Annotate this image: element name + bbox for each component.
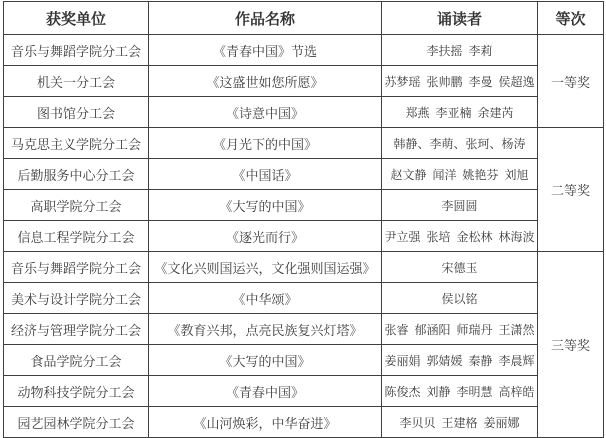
unit-cell: 园艺园林学院分工会 [4,407,149,438]
work-title-cell: 《青春中国》 [149,376,382,407]
work-title-cell: 《大写的中国》 [149,345,382,376]
header-work-title: 作品名称 [149,2,382,35]
table-row: 园艺园林学院分工会 《山河焕彩，中华奋进》 李贝贝 王建格 姜丽娜 [4,407,604,438]
reciters-cell: 陈俊杰 刘静 李明慧 高梓皓 [382,376,538,407]
table-row: 美术与设计学院分工会 《中华颂》 侯以铭 [4,283,604,314]
unit-cell: 高职学院分工会 [4,190,149,221]
work-title-cell: 《青春中国》节选 [149,35,382,66]
reciters-cell: 宋德玉 [382,252,538,283]
reciters-cell: 郑燕 李亚楠 余建芮 [382,97,538,128]
reciters-cell: 李贝贝 王建格 姜丽娜 [382,407,538,438]
unit-cell: 动物科技学院分工会 [4,376,149,407]
unit-cell: 图书馆分工会 [4,97,149,128]
table-row: 机关一分工会 《这盛世如您所愿》 苏梦瑶 张帅鹏 李曼 侯超逸 [4,66,604,97]
table-row: 音乐与舞蹈学院分工会 《文化兴则国运兴，文化强则国运强》 宋德玉 三等奖 [4,252,604,283]
work-title-cell: 《月光下的中国》 [149,128,382,159]
table-row: 动物科技学院分工会 《青春中国》 陈俊杰 刘静 李明慧 高梓皓 [4,376,604,407]
award-list-page: 获奖单位 作品名称 诵读者 等次 音乐与舞蹈学院分工会 《青春中国》节选 李扶摇… [0,0,606,436]
table-row: 图书馆分工会 《诗意中国》 郑燕 李亚楠 余建芮 [4,97,604,128]
unit-cell: 经济与管理学院分工会 [4,314,149,345]
reciters-cell: 侯以铭 [382,283,538,314]
rank-cell-third-prize: 三等奖 [538,252,604,438]
reciters-cell: 赵文静 闻洋 姚艳芬 刘旭 [382,159,538,190]
header-rank: 等次 [538,2,604,35]
reciters-cell: 姜丽娟 郭婧媛 秦静 李晨辉 [382,345,538,376]
rank-cell-second-prize: 二等奖 [538,128,604,252]
rank-cell-first-prize: 一等奖 [538,35,604,128]
table-row: 马克思主义学院分工会 《月光下的中国》 韩静、李萌、张珂、杨涛 二等奖 [4,128,604,159]
table-row: 音乐与舞蹈学院分工会 《青春中国》节选 李扶摇 李莉 一等奖 [4,35,604,66]
table-row: 食品学院分工会 《大写的中国》 姜丽娟 郭婧媛 秦静 李晨辉 [4,345,604,376]
work-title-cell: 《中华颂》 [149,283,382,314]
header-reciters: 诵读者 [382,2,538,35]
work-title-cell: 《山河焕彩，中华奋进》 [149,407,382,438]
unit-cell: 音乐与舞蹈学院分工会 [4,252,149,283]
unit-cell: 马克思主义学院分工会 [4,128,149,159]
work-title-cell: 《中国话》 [149,159,382,190]
work-title-cell: 《逐光而行》 [149,221,382,252]
unit-cell: 机关一分工会 [4,66,149,97]
table-row: 后勤服务中心分工会 《中国话》 赵文静 闻洋 姚艳芬 刘旭 [4,159,604,190]
work-title-cell: 《大写的中国》 [149,190,382,221]
reciters-cell: 李圆圆 [382,190,538,221]
unit-cell: 美术与设计学院分工会 [4,283,149,314]
work-title-cell: 《这盛世如您所愿》 [149,66,382,97]
header-unit: 获奖单位 [4,2,149,35]
unit-cell: 信息工程学院分工会 [4,221,149,252]
work-title-cell: 《诗意中国》 [149,97,382,128]
table-row: 高职学院分工会 《大写的中国》 李圆圆 [4,190,604,221]
reciters-cell: 张睿 郁涵阳 师瑞丹 王潇然 [382,314,538,345]
table-row: 经济与管理学院分工会 《教育兴邦，点亮民族复兴灯塔》 张睿 郁涵阳 师瑞丹 王潇… [4,314,604,345]
work-title-cell: 《文化兴则国运兴，文化强则国运强》 [149,252,382,283]
reciters-cell: 尹立强 张培 金松林 林海波 [382,221,538,252]
reciters-cell: 苏梦瑶 张帅鹏 李曼 侯超逸 [382,66,538,97]
header-row: 获奖单位 作品名称 诵读者 等次 [4,2,604,35]
reciters-cell: 韩静、李萌、张珂、杨涛 [382,128,538,159]
unit-cell: 音乐与舞蹈学院分工会 [4,35,149,66]
work-title-cell: 《教育兴邦，点亮民族复兴灯塔》 [149,314,382,345]
table-row: 信息工程学院分工会 《逐光而行》 尹立强 张培 金松林 林海波 [4,221,604,252]
award-results-table: 获奖单位 作品名称 诵读者 等次 音乐与舞蹈学院分工会 《青春中国》节选 李扶摇… [3,1,604,438]
unit-cell: 食品学院分工会 [4,345,149,376]
reciters-cell: 李扶摇 李莉 [382,35,538,66]
unit-cell: 后勤服务中心分工会 [4,159,149,190]
